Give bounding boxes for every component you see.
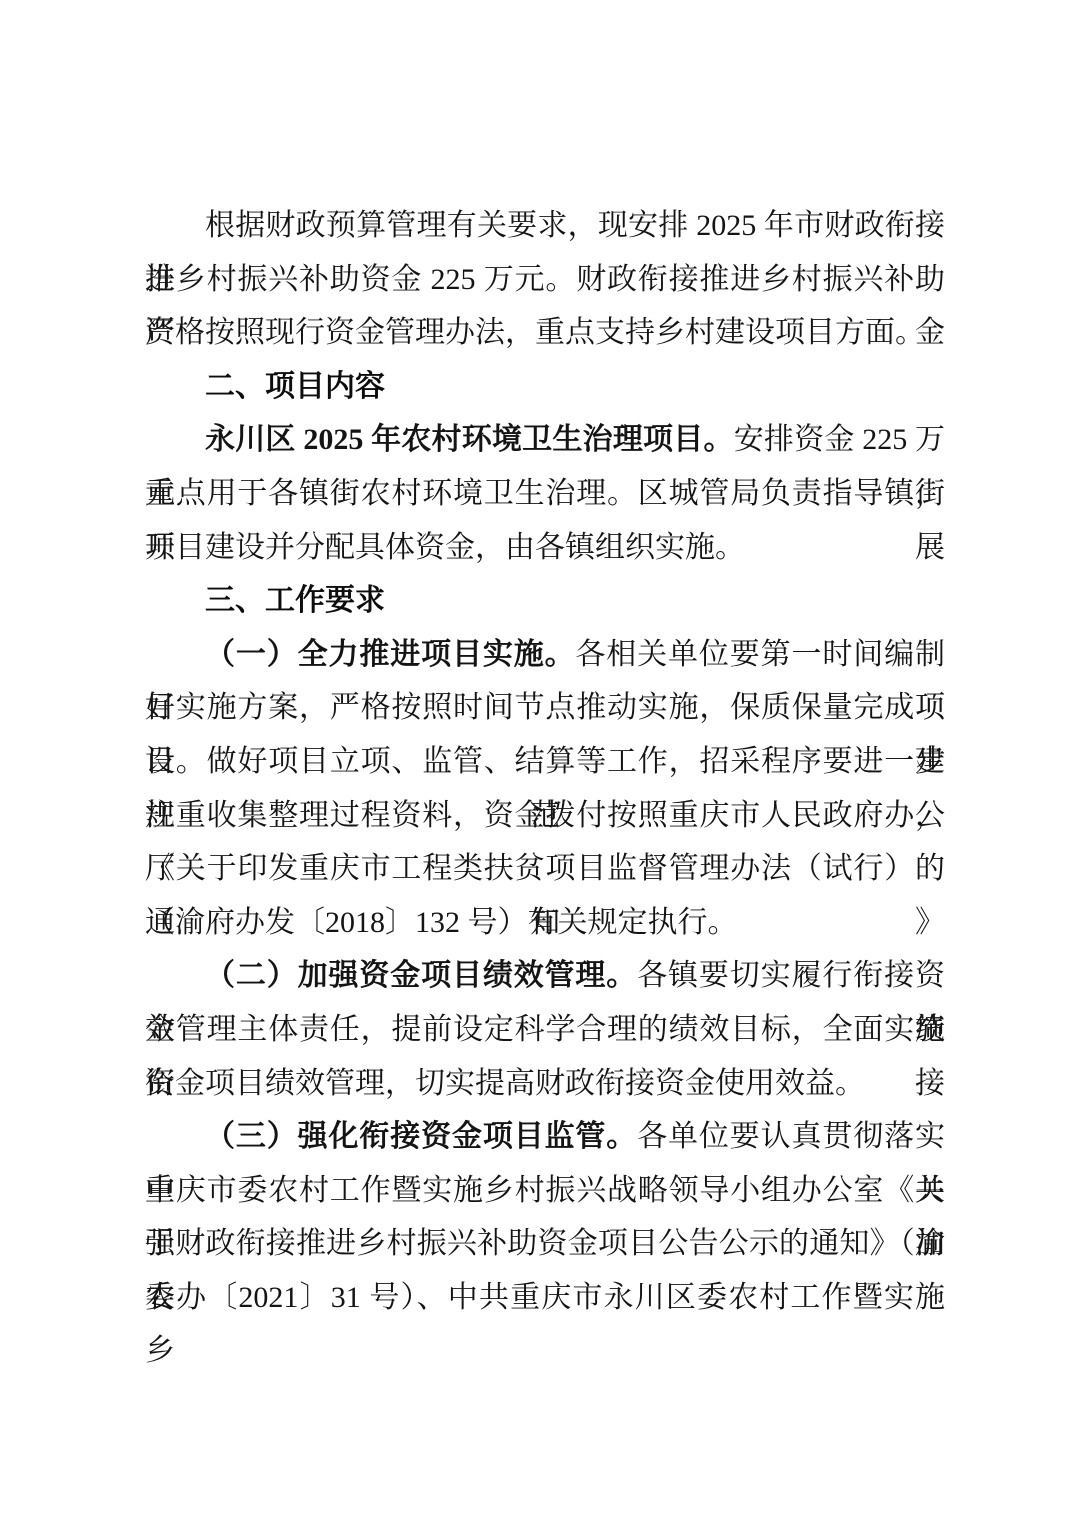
section-heading-line: 三、工作要求 bbox=[145, 574, 945, 628]
heading-text: 二、项目内容 bbox=[205, 370, 385, 403]
text-line: 严格按照现行资金管理办法，重点支持乡村建设项目方面。 bbox=[145, 306, 945, 360]
text-line: （三）强化衔接资金项目监管。各单位要认真贯彻落实中共 bbox=[145, 1110, 945, 1164]
text-line: 注重收集整理过程资料，资金拨付按照重庆市人民政府办公厅 bbox=[145, 789, 945, 843]
text-line: 进乡村振兴补助资金 225 万元。财政衔接推进乡村振兴补助资金 bbox=[145, 253, 945, 307]
text-line: 重点用于各镇街农村环境卫生治理。区城管局负责指导镇街开展 bbox=[145, 467, 945, 521]
document-page: 根据财政预算管理有关要求，现安排 2025 年市财政衔接推进乡村振兴补助资金 2… bbox=[0, 0, 1074, 1520]
body-text: 严格按照现行资金管理办法，重点支持乡村建设项目方面。 bbox=[145, 316, 925, 349]
text-line: 重庆市委农村工作暨实施乡村振兴战略领导小组办公室《关于加 bbox=[145, 1164, 945, 1218]
body-text: 农办〔2021〕31 号）、中共重庆市永川区委农村工作暨实施乡 bbox=[145, 1281, 945, 1368]
text-line: （二）加强资金项目绩效管理。各镇要切实履行衔接资金绩 bbox=[145, 949, 945, 1003]
heading-text: 三、工作要求 bbox=[205, 584, 385, 617]
text-line: 《关于印发重庆市工程类扶贫项目监督管理办法（试行）的通知》 bbox=[145, 842, 945, 896]
emphasis-text: （三）强化衔接资金项目监管。 bbox=[205, 1120, 637, 1153]
text-line: 永川区 2025 年农村环境卫生治理项目。安排资金 225 万元， bbox=[145, 413, 945, 467]
body-text: （渝府办发〔2018〕132 号）有关规定执行。 bbox=[145, 906, 738, 939]
text-line: 设。做好项目立项、监管、结算等工作，招采程序要进一步规范， bbox=[145, 735, 945, 789]
text-line: （一）全力推进项目实施。各相关单位要第一时间编制好项 bbox=[145, 628, 945, 682]
text-line: 强财政衔接推进乡村振兴补助资金项目公告公示的通知》（渝委 bbox=[145, 1217, 945, 1271]
text-line: 效管理主体责任，提前设定科学合理的绩效目标，全面实施衔接 bbox=[145, 1003, 945, 1057]
body-text: 资金项目绩效管理，切实提高财政衔接资金使用效益。 bbox=[145, 1067, 865, 1100]
document-body: 根据财政预算管理有关要求，现安排 2025 年市财政衔接推进乡村振兴补助资金 2… bbox=[145, 199, 945, 1324]
emphasis-text: （二）加强资金项目绩效管理。 bbox=[205, 959, 637, 992]
emphasis-text: （一）全力推进项目实施。 bbox=[205, 638, 575, 671]
text-line: 根据财政预算管理有关要求，现安排 2025 年市财政衔接推 bbox=[145, 199, 945, 253]
text-line: 资金项目绩效管理，切实提高财政衔接资金使用效益。 bbox=[145, 1057, 945, 1111]
body-text: 项目建设并分配具体资金，由各镇组织实施。 bbox=[145, 531, 745, 564]
text-line: 目实施方案，严格按照时间节点推动实施，保质保量完成项目建 bbox=[145, 681, 945, 735]
emphasis-text: 永川区 2025 年农村环境卫生治理项目。 bbox=[205, 423, 734, 456]
section-heading-line: 二、项目内容 bbox=[145, 360, 945, 414]
text-line: 农办〔2021〕31 号）、中共重庆市永川区委农村工作暨实施乡 bbox=[145, 1271, 945, 1325]
